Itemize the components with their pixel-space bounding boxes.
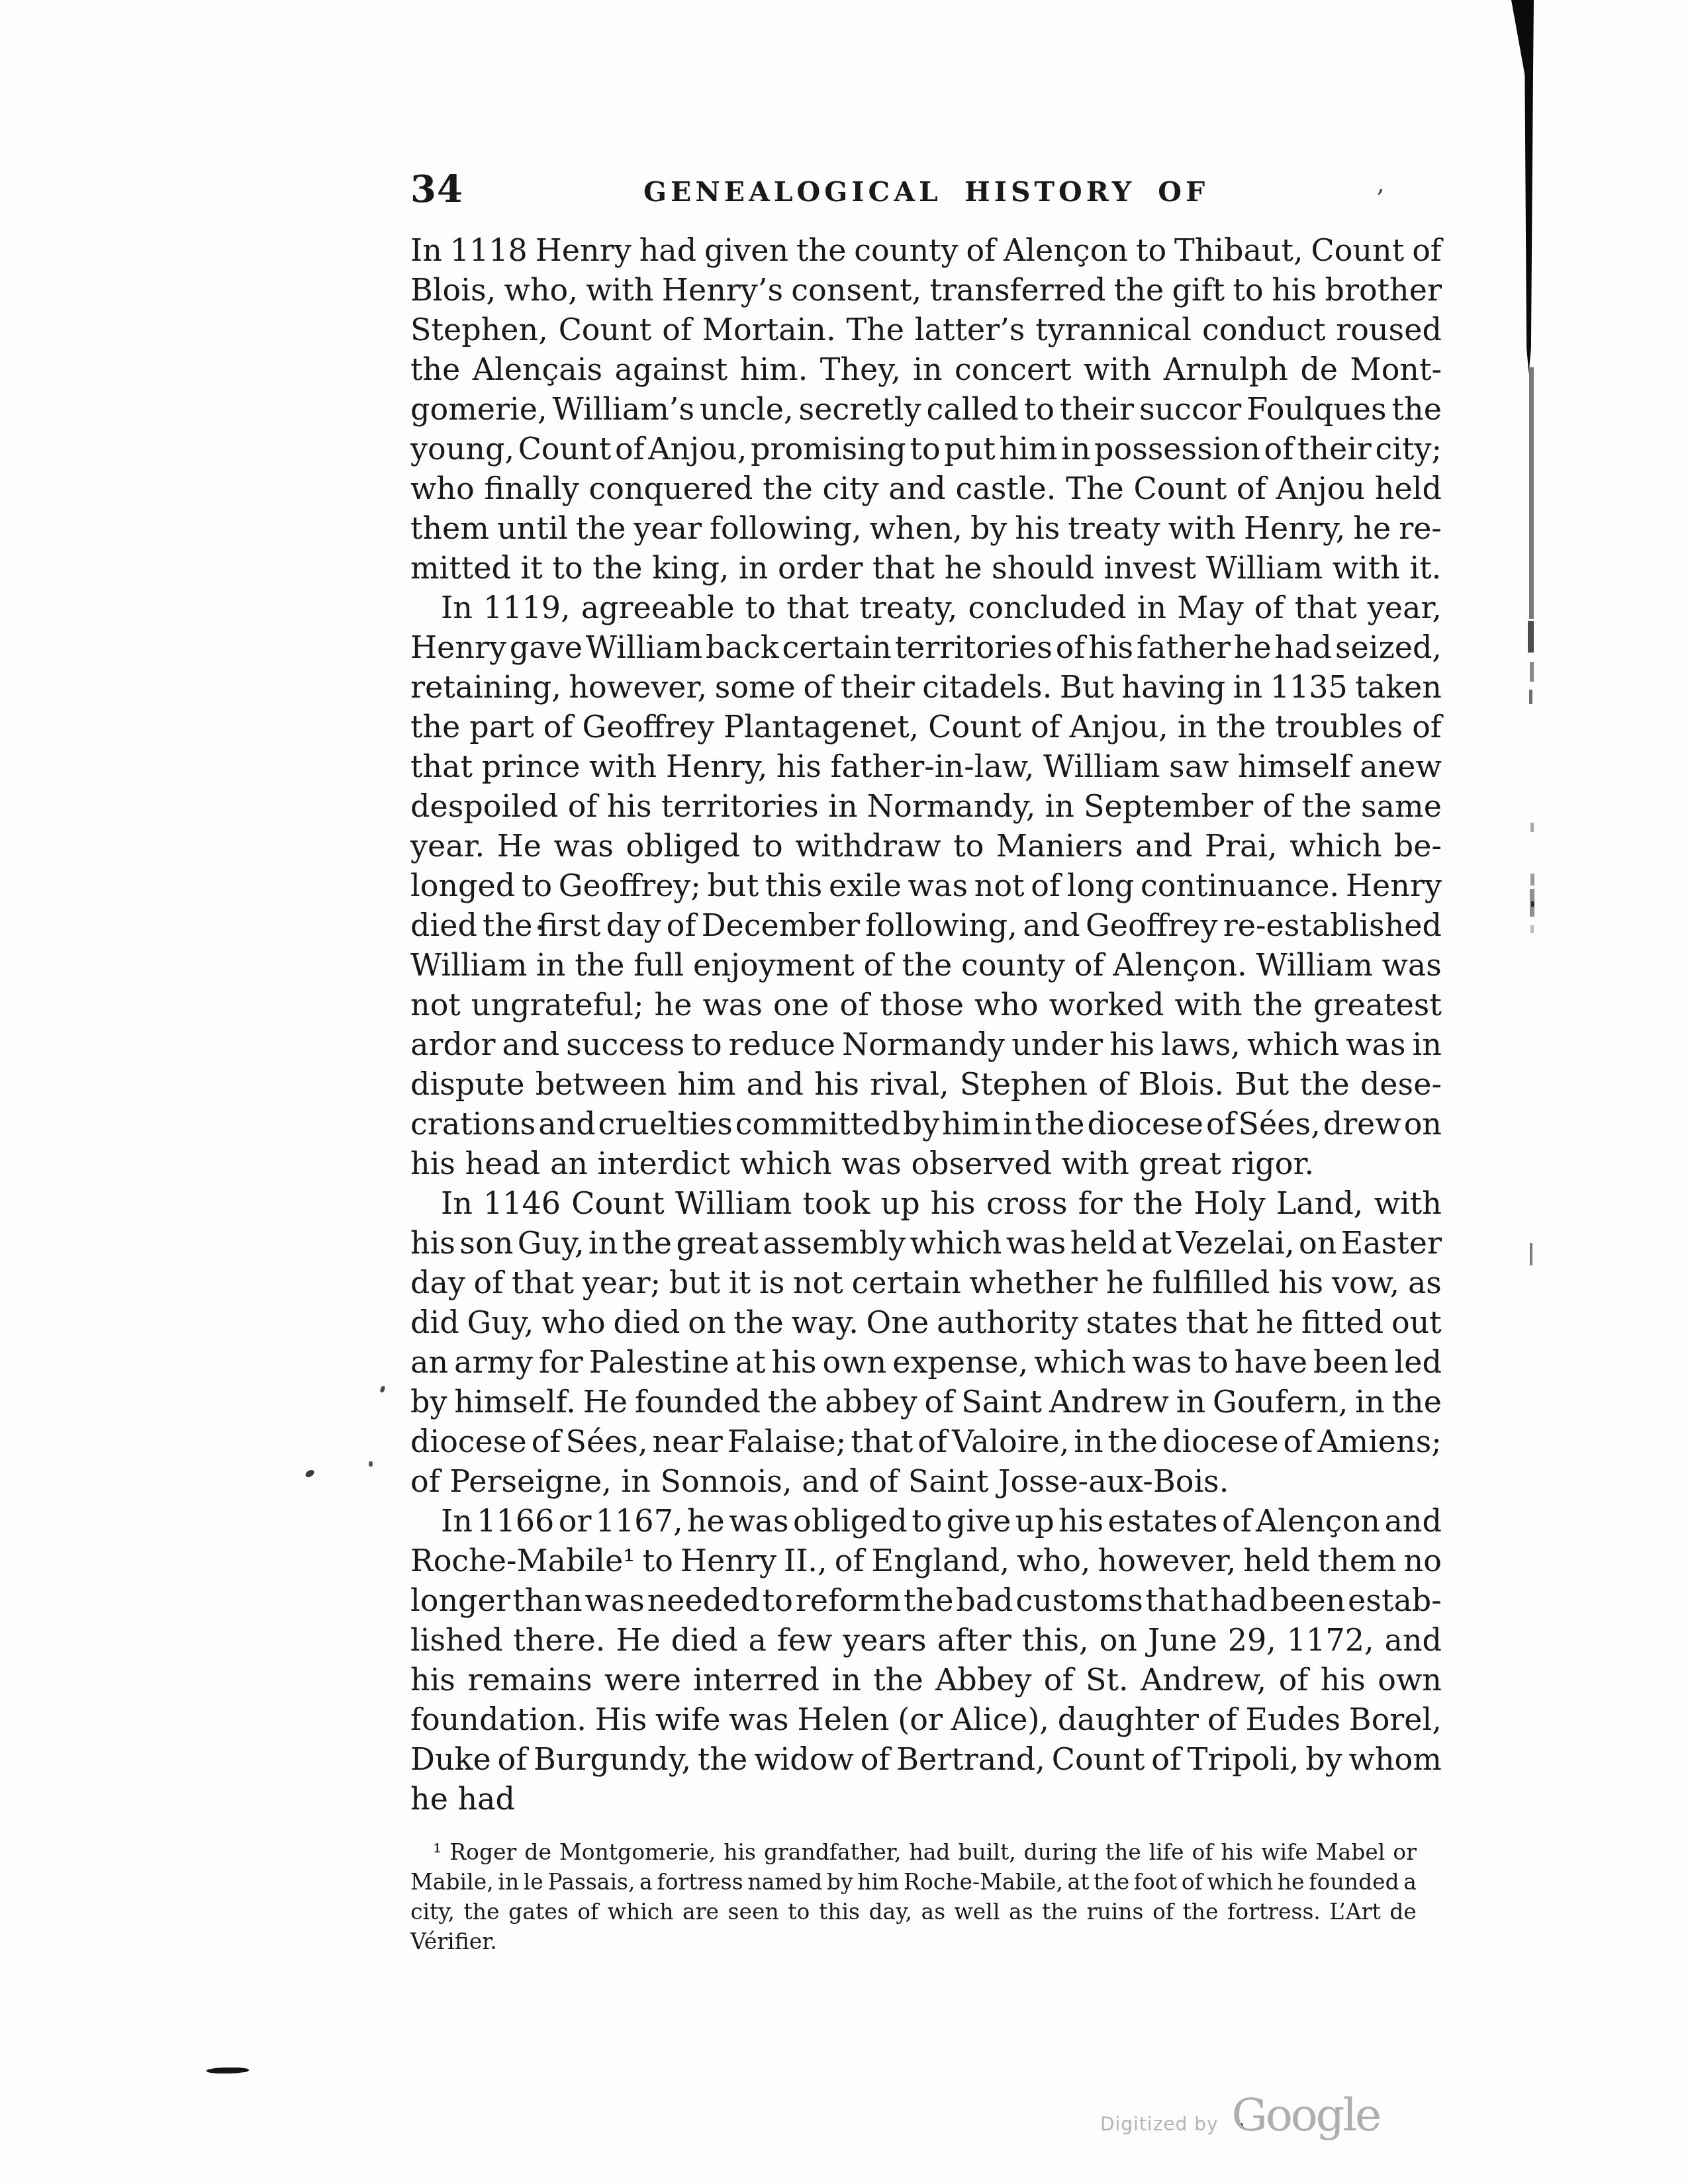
book-page: 34 GENEALOGICAL HISTORY OF , In1118Henry… <box>0 0 1688 2184</box>
text-line: hissonGuy,inthegreatassemblywhichwasheld… <box>410 1223 1442 1263</box>
text-line: notungrateful;hewasoneofthosewhoworkedwi… <box>410 985 1442 1024</box>
text-line: In1146CountWilliamtookuphiscrossfortheHo… <box>410 1183 1442 1223</box>
text-line: whofinallyconqueredthecityandcastle.TheC… <box>410 469 1442 508</box>
text-line: retaining,however,someoftheircitadels.Bu… <box>410 667 1442 707</box>
text-line: anarmyforPalestineathisownexpense,whichw… <box>410 1342 1442 1382</box>
scan-mark-right <box>1530 823 1534 832</box>
scan-mark-right <box>1530 662 1534 682</box>
text-line: foundation.HiswifewasHelen(orAlice),daug… <box>410 1700 1442 1739</box>
scan-mark-right <box>1531 901 1534 907</box>
text-line: Mabile,inlePassais,afortressnamedbyhimRo… <box>410 1867 1417 1897</box>
text-line: year.HewasobligedtowithdrawtoManiersandP… <box>410 826 1442 866</box>
text-line: Roche-Mabile¹toHenryII.,ofEngland,who,ho… <box>410 1541 1442 1580</box>
text-line: hisremainswereinterredintheAbbeyofSt.And… <box>410 1660 1442 1700</box>
body-text: In1118HenryhadgiventhecountyofAlençontoT… <box>410 230 1442 1819</box>
scan-mark-right <box>1530 889 1534 917</box>
text-line: In1119,agreeabletothattreaty,concludedin… <box>410 588 1442 627</box>
watermark-prefix: Digitized by <box>1100 2113 1219 2135</box>
scan-mark-right <box>1530 925 1534 933</box>
text-line: longedtoGeoffrey;butthisexilewasnotoflon… <box>410 866 1442 905</box>
text-line: diedthefirstdayofDecemberfollowing,andGe… <box>410 905 1442 945</box>
text-line: city,thegatesofwhichareseentothisday,asw… <box>410 1897 1417 1927</box>
scan-streak-top-right <box>1511 0 1534 374</box>
header-stray-mark: , <box>1377 171 1384 198</box>
text-line: dayofthatyear;butitisnotcertainwhetherhe… <box>410 1263 1442 1302</box>
running-header: GENEALOGICAL HISTORY OF <box>410 177 1442 206</box>
text-line: ardorandsuccesstoreduceNormandyunderhisl… <box>410 1024 1442 1064</box>
text-line: young,CountofAnjou,promisingtoputhiminpo… <box>410 429 1442 469</box>
scan-mark-right <box>1529 690 1532 704</box>
text-line: didGuy,whodiedontheway.Oneauthoritystate… <box>410 1302 1442 1342</box>
text-line: he had <box>410 1779 1442 1819</box>
google-logo: Google <box>1232 2089 1380 2142</box>
text-line: themuntiltheyearfollowing,when,byhistrea… <box>410 508 1442 548</box>
text-line: byhimself.HefoundedtheabbeyofSaintAndrew… <box>410 1382 1442 1422</box>
margin-speck <box>305 1469 316 1479</box>
text-line: HenrygaveWilliambackcertainterritoriesof… <box>410 627 1442 667</box>
text-line: dioceseofSées,nearFalaise;thatofValoire,… <box>410 1422 1442 1461</box>
text-line: his head an interdict which was observed… <box>410 1144 1442 1183</box>
text-line: mitted it to the king, in order that he … <box>410 548 1442 588</box>
scan-streak-right <box>1529 367 1534 619</box>
bottom-left-dash <box>207 2067 249 2073</box>
text-line: Blois,who,withHenry’sconsent,transferred… <box>410 270 1442 310</box>
text-line: Vérifier. <box>410 1927 1417 1956</box>
footnote: ¹RogerdeMontgomerie,hisgrandfather,hadbu… <box>410 1837 1417 1956</box>
scan-mark-right <box>1528 621 1534 653</box>
text-line: of Perseigne, in Sonnois, and of Saint J… <box>410 1461 1442 1501</box>
text-line: thepartofGeoffreyPlantagenet,CountofAnjo… <box>410 707 1442 747</box>
watermark: Digitized by Google <box>1100 2089 1380 2142</box>
text-line: gomerie,William’suncle,secretlycalledtot… <box>410 389 1442 429</box>
text-line: WilliaminthefullenjoymentofthecountyofAl… <box>410 945 1442 985</box>
scan-mark-right <box>1530 874 1534 886</box>
text-line: Stephen,CountofMortain.Thelatter’styrann… <box>410 310 1442 349</box>
text-line: DukeofBurgundy,thewidowofBertrand,Counto… <box>410 1739 1442 1779</box>
text-line: In1166or1167,hewasobligedtogiveuphisesta… <box>410 1501 1442 1541</box>
margin-speck <box>369 1461 373 1467</box>
text-line: ¹RogerdeMontgomerie,hisgrandfather,hadbu… <box>410 1837 1417 1867</box>
text-line: lishedthere.Hediedafewyearsafterthis,onJ… <box>410 1620 1442 1660</box>
scan-mark-right <box>1530 1243 1532 1265</box>
text-line: longerthanwasneededtoreformthebadcustoms… <box>410 1580 1442 1620</box>
text-line: crationsandcrueltiescommittedbyhiminthed… <box>410 1104 1442 1144</box>
text-line: theAlençaisagainsthim.They,inconcertwith… <box>410 349 1442 389</box>
text-line: In1118HenryhadgiventhecountyofAlençontoT… <box>410 230 1442 270</box>
margin-speck <box>379 1385 385 1392</box>
text-line: thatprincewithHenry,hisfather-in-law,Wil… <box>410 747 1442 786</box>
text-line: disputebetweenhimandhisrival,StephenofBl… <box>410 1064 1442 1104</box>
text-line: despoiledofhisterritoriesinNormandy,inSe… <box>410 786 1442 826</box>
